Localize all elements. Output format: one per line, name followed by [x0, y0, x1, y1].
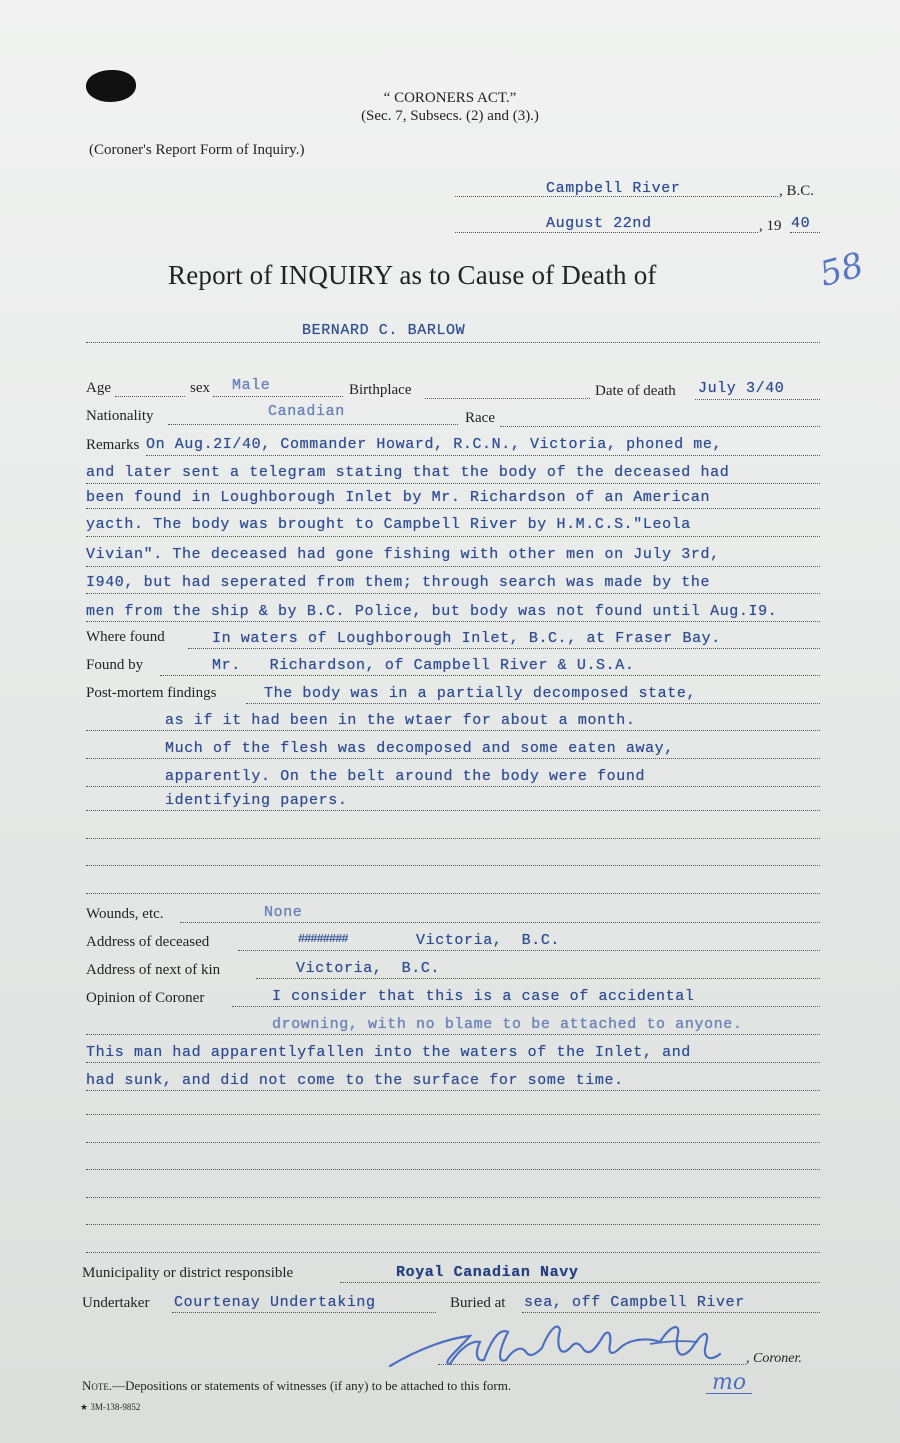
- opinion-text-2: drowning, with no blame to be attached t…: [272, 1016, 742, 1033]
- act-section: (Sec. 7, Subsecs. (2) and (3).): [0, 108, 900, 125]
- blank-line-4: [86, 1197, 820, 1198]
- nationality-value: Canadian: [268, 403, 345, 420]
- post-mortem-label: Post-mortem findings: [86, 685, 216, 702]
- address-deceased-line: [238, 950, 820, 951]
- year-value: 40: [791, 215, 810, 232]
- remarks-text-6: I940, but had seperated from them; throu…: [86, 574, 710, 591]
- wounds-label: Wounds, etc.: [86, 906, 164, 923]
- pm-line-7: [86, 865, 820, 866]
- address-deceased-struck: ########: [298, 932, 348, 946]
- form-code: ★ 3M-138-9852: [80, 1402, 140, 1413]
- pm-text-2: as if it had been in the wtaer for about…: [165, 712, 635, 729]
- address-deceased-label: Address of deceased: [86, 934, 209, 951]
- remarks-label: Remarks: [86, 437, 139, 454]
- pm-line-5: [86, 810, 820, 811]
- remarks-line-7: [86, 621, 820, 622]
- remarks-text-2: and later sent a telegram stating that t…: [86, 464, 729, 481]
- address-kin-label: Address of next of kin: [86, 962, 220, 979]
- deceased-name: BERNARD C. BARLOW: [302, 322, 465, 339]
- age-line: [115, 396, 185, 397]
- pm-line-4: [86, 786, 820, 787]
- note-text: —Depositions or statements of witnesses …: [112, 1378, 511, 1393]
- pm-text-3: Much of the flesh was decomposed and som…: [165, 740, 674, 757]
- sex-value: Male: [232, 377, 270, 394]
- handwritten-page-number: 58: [816, 245, 868, 295]
- handwritten-initials: mo: [706, 1373, 752, 1394]
- undertaker-line: [172, 1312, 436, 1313]
- found-by-line: [160, 675, 820, 676]
- place-value: Campbell River: [546, 180, 680, 197]
- remarks-line-5: [86, 566, 820, 567]
- municipality-label: Municipality or district responsible: [82, 1265, 293, 1282]
- blank-line-2: [86, 1142, 820, 1143]
- sex-label: sex: [190, 380, 210, 397]
- municipality-line: [340, 1282, 820, 1283]
- opinion-text-4: had sunk, and did not come to the surfac…: [86, 1072, 624, 1089]
- wounds-line: [180, 922, 820, 923]
- found-by-label: Found by: [86, 657, 143, 674]
- sex-line: [213, 396, 343, 397]
- opinion-label: Opinion of Coroner: [86, 990, 204, 1007]
- race-label: Race: [465, 410, 495, 427]
- buried-at-line: [522, 1312, 820, 1313]
- blank-line-6: [86, 1252, 820, 1253]
- remarks-line-6: [86, 593, 820, 594]
- year-line: [790, 232, 820, 233]
- birthplace-line: [425, 398, 590, 399]
- municipality-value: Royal Canadian Navy: [396, 1264, 578, 1281]
- where-found-line: [188, 648, 820, 649]
- blank-line-3: [86, 1169, 820, 1170]
- pm-text-5: identifying papers.: [165, 792, 347, 809]
- date-line: [455, 232, 758, 233]
- nationality-label: Nationality: [86, 408, 154, 425]
- opinion-text-1: I consider that this is a case of accide…: [272, 988, 694, 1005]
- blank-line-5: [86, 1224, 820, 1225]
- date-value: August 22nd: [546, 215, 652, 232]
- found-by-value: Mr. Richardson, of Campbell River & U.S.…: [212, 657, 634, 674]
- remarks-text-1: On Aug.2I/40, Commander Howard, R.C.N., …: [146, 436, 722, 453]
- wounds-value: None: [264, 904, 302, 921]
- opinion-line-2: [86, 1034, 820, 1035]
- remarks-line-4: [86, 536, 820, 537]
- coroner-title: , Coroner.: [746, 1351, 802, 1367]
- remarks-text-5: Vivian". The deceased had gone fishing w…: [86, 546, 720, 563]
- pm-line-1: [246, 703, 820, 704]
- race-line: [500, 426, 820, 427]
- name-line: [86, 342, 820, 343]
- buried-at-label: Buried at: [450, 1295, 505, 1312]
- pm-text-4: apparently. On the belt around the body …: [165, 768, 645, 785]
- opinion-line-4: [86, 1090, 820, 1091]
- address-kin-line: [256, 978, 820, 979]
- buried-at-value: sea, off Campbell River: [524, 1294, 745, 1311]
- remarks-line-2: [86, 483, 820, 484]
- pm-line-2: [86, 730, 820, 731]
- form-name: (Coroner's Report Form of Inquiry.): [89, 142, 304, 159]
- act-title: “ CORONERS ACT.”: [0, 90, 900, 107]
- year-prefix: , 19: [759, 218, 782, 235]
- blank-line-1: [86, 1114, 820, 1115]
- age-label: Age: [86, 380, 111, 397]
- remarks-line-1: [146, 455, 820, 456]
- address-deceased-value: Victoria, B.C.: [416, 932, 560, 949]
- opinion-line-3: [86, 1062, 820, 1063]
- date-of-death-value: July 3/40: [698, 380, 784, 397]
- date-of-death-line: [695, 399, 820, 400]
- note-prefix: Note.: [82, 1378, 112, 1393]
- undertaker-value: Courtenay Undertaking: [174, 1294, 376, 1311]
- remarks-line-3: [86, 508, 820, 509]
- nationality-line: [168, 424, 458, 425]
- undertaker-label: Undertaker: [82, 1295, 149, 1312]
- report-title: Report of INQUIRY as to Cause of Death o…: [168, 260, 657, 291]
- remarks-text-7: men from the ship & by B.C. Police, but …: [86, 603, 777, 620]
- coroner-signature-icon: [380, 1318, 760, 1378]
- birthplace-label: Birthplace: [349, 382, 411, 399]
- opinion-text-3: This man had apparentlyfallen into the w…: [86, 1044, 691, 1061]
- opinion-line-1: [232, 1006, 820, 1007]
- pm-line-8: [86, 893, 820, 894]
- place-suffix: , B.C.: [779, 183, 814, 200]
- where-found-value: In waters of Loughborough Inlet, B.C., a…: [212, 630, 721, 647]
- pm-line-3: [86, 758, 820, 759]
- note: Note.—Depositions or statements of witne…: [82, 1378, 511, 1394]
- where-found-label: Where found: [86, 629, 165, 646]
- pm-line-6: [86, 838, 820, 839]
- address-kin-value: Victoria, B.C.: [296, 960, 440, 977]
- date-of-death-label: Date of death: [595, 383, 676, 400]
- pm-text-1: The body was in a partially decomposed s…: [264, 685, 696, 702]
- remarks-text-3: been found in Loughborough Inlet by Mr. …: [86, 489, 710, 506]
- remarks-text-4: yacth. The body was brought to Campbell …: [86, 516, 691, 533]
